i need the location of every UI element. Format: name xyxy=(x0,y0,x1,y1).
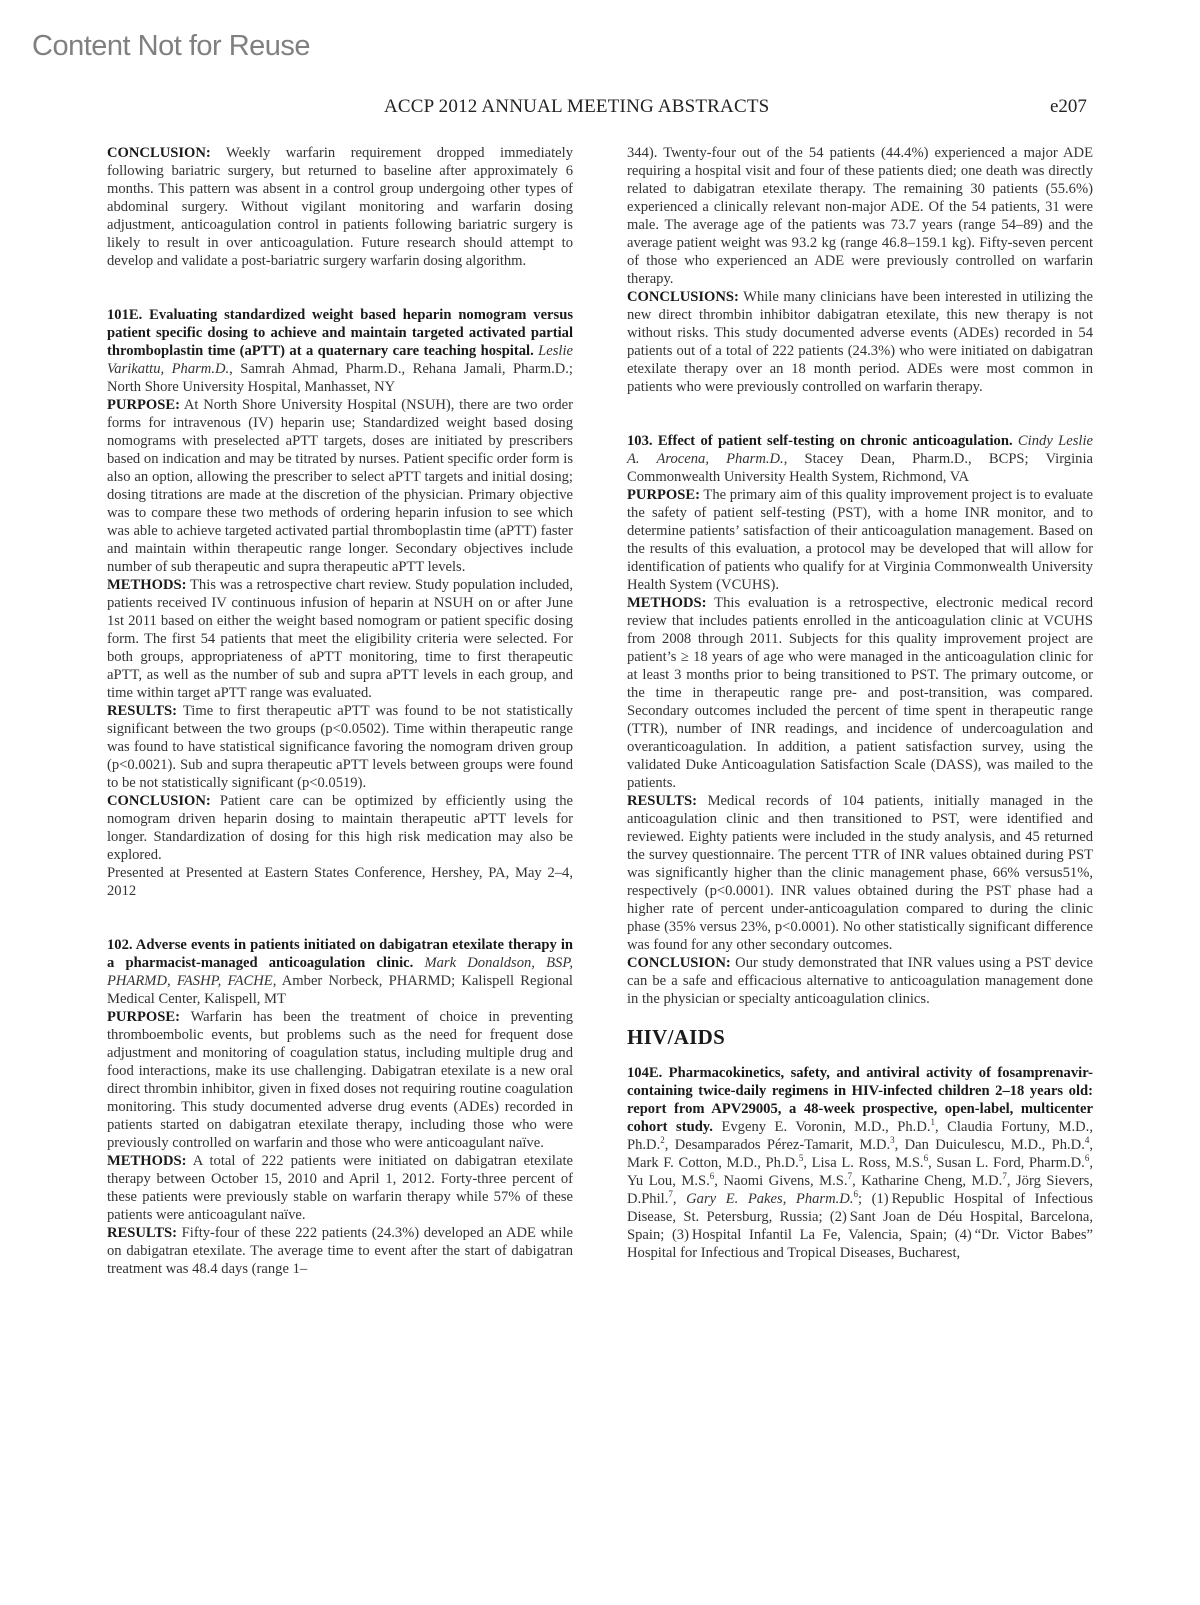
conclusions-paragraph: CONCLUSIONS: While many clinicians have … xyxy=(627,288,1093,396)
section-heading-hiv-aids: HIV/AIDS xyxy=(627,1028,1093,1046)
watermark: Content Not for Reuse xyxy=(32,30,310,63)
conclusion-paragraph: CONCLUSION: Our study demonstrated that … xyxy=(627,954,1093,1008)
abstract-title: 101E. Evaluating standardized weight bas… xyxy=(107,307,573,359)
methods-paragraph: METHODS: A total of 222 patients were in… xyxy=(107,1152,573,1224)
abstract-102: 102. Adverse events in patients initiate… xyxy=(107,936,573,1278)
methods-paragraph: METHODS: This evaluation is a retrospect… xyxy=(627,594,1093,792)
purpose-paragraph: PURPOSE: At North Shore University Hospi… xyxy=(107,396,573,576)
results-paragraph: RESULTS: Time to first therapeutic aPTT … xyxy=(107,702,573,792)
abstract-101E: 101E. Evaluating standardized weight bas… xyxy=(107,306,573,900)
left-column: CONCLUSION: Weekly warfarin requirement … xyxy=(107,144,573,1278)
conclusion-paragraph: CONCLUSION: Patient care can be optimize… xyxy=(107,792,573,864)
abstract-heading: 104E. Pharmacokinetics, safety, and anti… xyxy=(627,1064,1093,1262)
running-title: ACCP 2012 ANNUAL MEETING ABSTRACTS xyxy=(384,96,769,118)
methods-paragraph: METHODS: This was a retrospective chart … xyxy=(107,576,573,702)
abstract-102-continued: 344). Twenty-four out of the 54 patients… xyxy=(627,144,1093,396)
abstract-heading: 101E. Evaluating standardized weight bas… xyxy=(107,306,573,396)
abstract-title: 103. Effect of patient self-testing on c… xyxy=(627,433,1013,449)
presenting-author: Gary E. Pakes, Pharm.D. xyxy=(686,1191,853,1207)
abstract-104E: 104E. Pharmacokinetics, safety, and anti… xyxy=(627,1064,1093,1262)
abstract-heading: 102. Adverse events in patients initiate… xyxy=(107,936,573,1008)
right-column: 344). Twenty-four out of the 54 patients… xyxy=(627,144,1093,1262)
abstract-heading: 103. Effect of patient self-testing on c… xyxy=(627,432,1093,486)
purpose-paragraph: PURPOSE: The primary aim of this quality… xyxy=(627,486,1093,594)
abstract-103: 103. Effect of patient self-testing on c… xyxy=(627,432,1093,1008)
presented-note: Presented at Presented at Eastern States… xyxy=(107,864,573,900)
section-label: CONCLUSION: xyxy=(107,145,211,161)
results-paragraph: RESULTS: Medical records of 104 patients… xyxy=(627,792,1093,954)
prev-abstract-conclusion: CONCLUSION: Weekly warfarin requirement … xyxy=(107,144,573,270)
page-number: e207 xyxy=(1050,96,1087,118)
results-paragraph: RESULTS: Fifty-four of these 222 patient… xyxy=(107,1224,573,1278)
purpose-paragraph: PURPOSE: Warfarin has been the treatment… xyxy=(107,1008,573,1152)
results-continued: 344). Twenty-four out of the 54 patients… xyxy=(627,144,1093,288)
